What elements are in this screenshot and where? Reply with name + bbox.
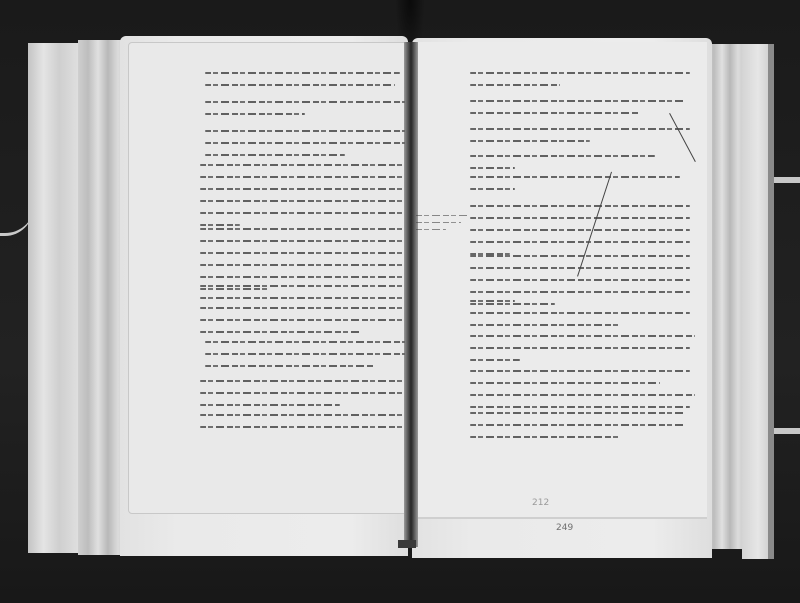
handwritten-line [470,112,640,114]
handwritten-line [470,241,690,243]
handwritten-line [200,392,405,394]
handwritten-paragraph [470,128,690,152]
page-edges-right [706,44,746,549]
handwritten-paragraph [200,414,405,438]
handwritten-line [470,424,685,426]
handwritten-line [200,228,405,230]
handwritten-line [470,347,690,349]
handwritten-line [200,404,340,406]
handwritten-line [205,154,345,156]
book-gutter [404,42,418,547]
handwritten-paragraph [416,215,468,236]
handwritten-line [205,365,375,367]
handwritten-paragraph [470,370,695,418]
handwritten-line [200,200,405,202]
handwritten-line [470,291,690,293]
handwritten-line [470,382,660,384]
handwritten-line [200,426,405,428]
handwritten-line [200,276,405,278]
gutter-tab [398,540,416,548]
handwritten-line [470,406,690,408]
handwritten-paragraph [205,72,400,96]
handwritten-paragraph [470,412,685,448]
handwritten-line [470,205,690,207]
handwritten-paragraph [470,100,685,124]
right-cover-dark-edge [768,44,774,559]
handwritten-line [200,188,405,190]
handwritten-line [470,255,690,257]
handwritten-line [470,176,680,178]
handwritten-line [470,324,620,326]
handwritten-line [470,229,690,231]
right-tie-lower [772,428,800,434]
handwritten-paragraph [205,130,405,166]
handwritten-line [200,380,405,382]
handwritten-line [205,353,405,355]
handwritten-line [200,285,405,287]
right-folio-number: 249 [556,523,573,533]
handwritten-line [205,101,405,103]
handwritten-line [200,252,405,254]
handwritten-paragraph [200,307,405,343]
handwritten-paragraph [470,72,690,96]
handwritten-line [416,229,446,230]
handwritten-paragraph [205,341,405,377]
handwritten-line [470,84,560,86]
handwritten-line [200,414,405,416]
handwritten-line [200,307,405,309]
handwritten-line [470,217,690,219]
handwritten-paragraph [200,164,405,236]
left-inner-folio-number: 212 [532,498,549,508]
handwritten-paragraph [205,101,405,125]
handwritten-line [200,224,240,226]
handwritten-line [470,155,655,157]
handwritten-paragraph [200,380,405,416]
handwritten-line [470,300,515,302]
handwritten-line [470,436,620,438]
handwritten-line [200,297,405,299]
handwritten-line [205,142,405,144]
handwritten-line [200,331,360,333]
handwritten-line [470,188,515,190]
handwritten-line [205,84,395,86]
binding-left [28,43,80,553]
handwritten-line [200,212,405,214]
handwritten-line [470,335,695,337]
handwritten-line [416,215,468,216]
handwritten-line [470,279,690,281]
handwritten-line [205,341,405,343]
handwritten-line [470,312,690,314]
handwritten-line [200,319,405,321]
handwritten-line [416,222,461,223]
handwritten-line [200,164,405,166]
right-tie-upper [772,177,800,183]
handwritten-line [470,128,690,130]
handwritten-line [205,130,405,132]
handwritten-line [470,72,690,74]
handwritten-paragraph [470,176,680,200]
handwritten-line [470,394,695,396]
handwritten-line [200,264,405,266]
handwritten-line [470,412,685,414]
handwritten-paragraph [470,300,690,336]
handwritten-line [205,72,400,74]
handwritten-line [470,100,685,102]
handwritten-paragraph [470,335,695,371]
handwritten-line [205,113,305,115]
handwritten-line [470,140,590,142]
handwritten-line [470,370,690,372]
handwritten-paragraph [200,285,405,309]
handwritten-line [200,176,405,178]
handwritten-line [470,167,515,169]
handwritten-line [470,359,520,361]
handwritten-line [200,240,405,242]
